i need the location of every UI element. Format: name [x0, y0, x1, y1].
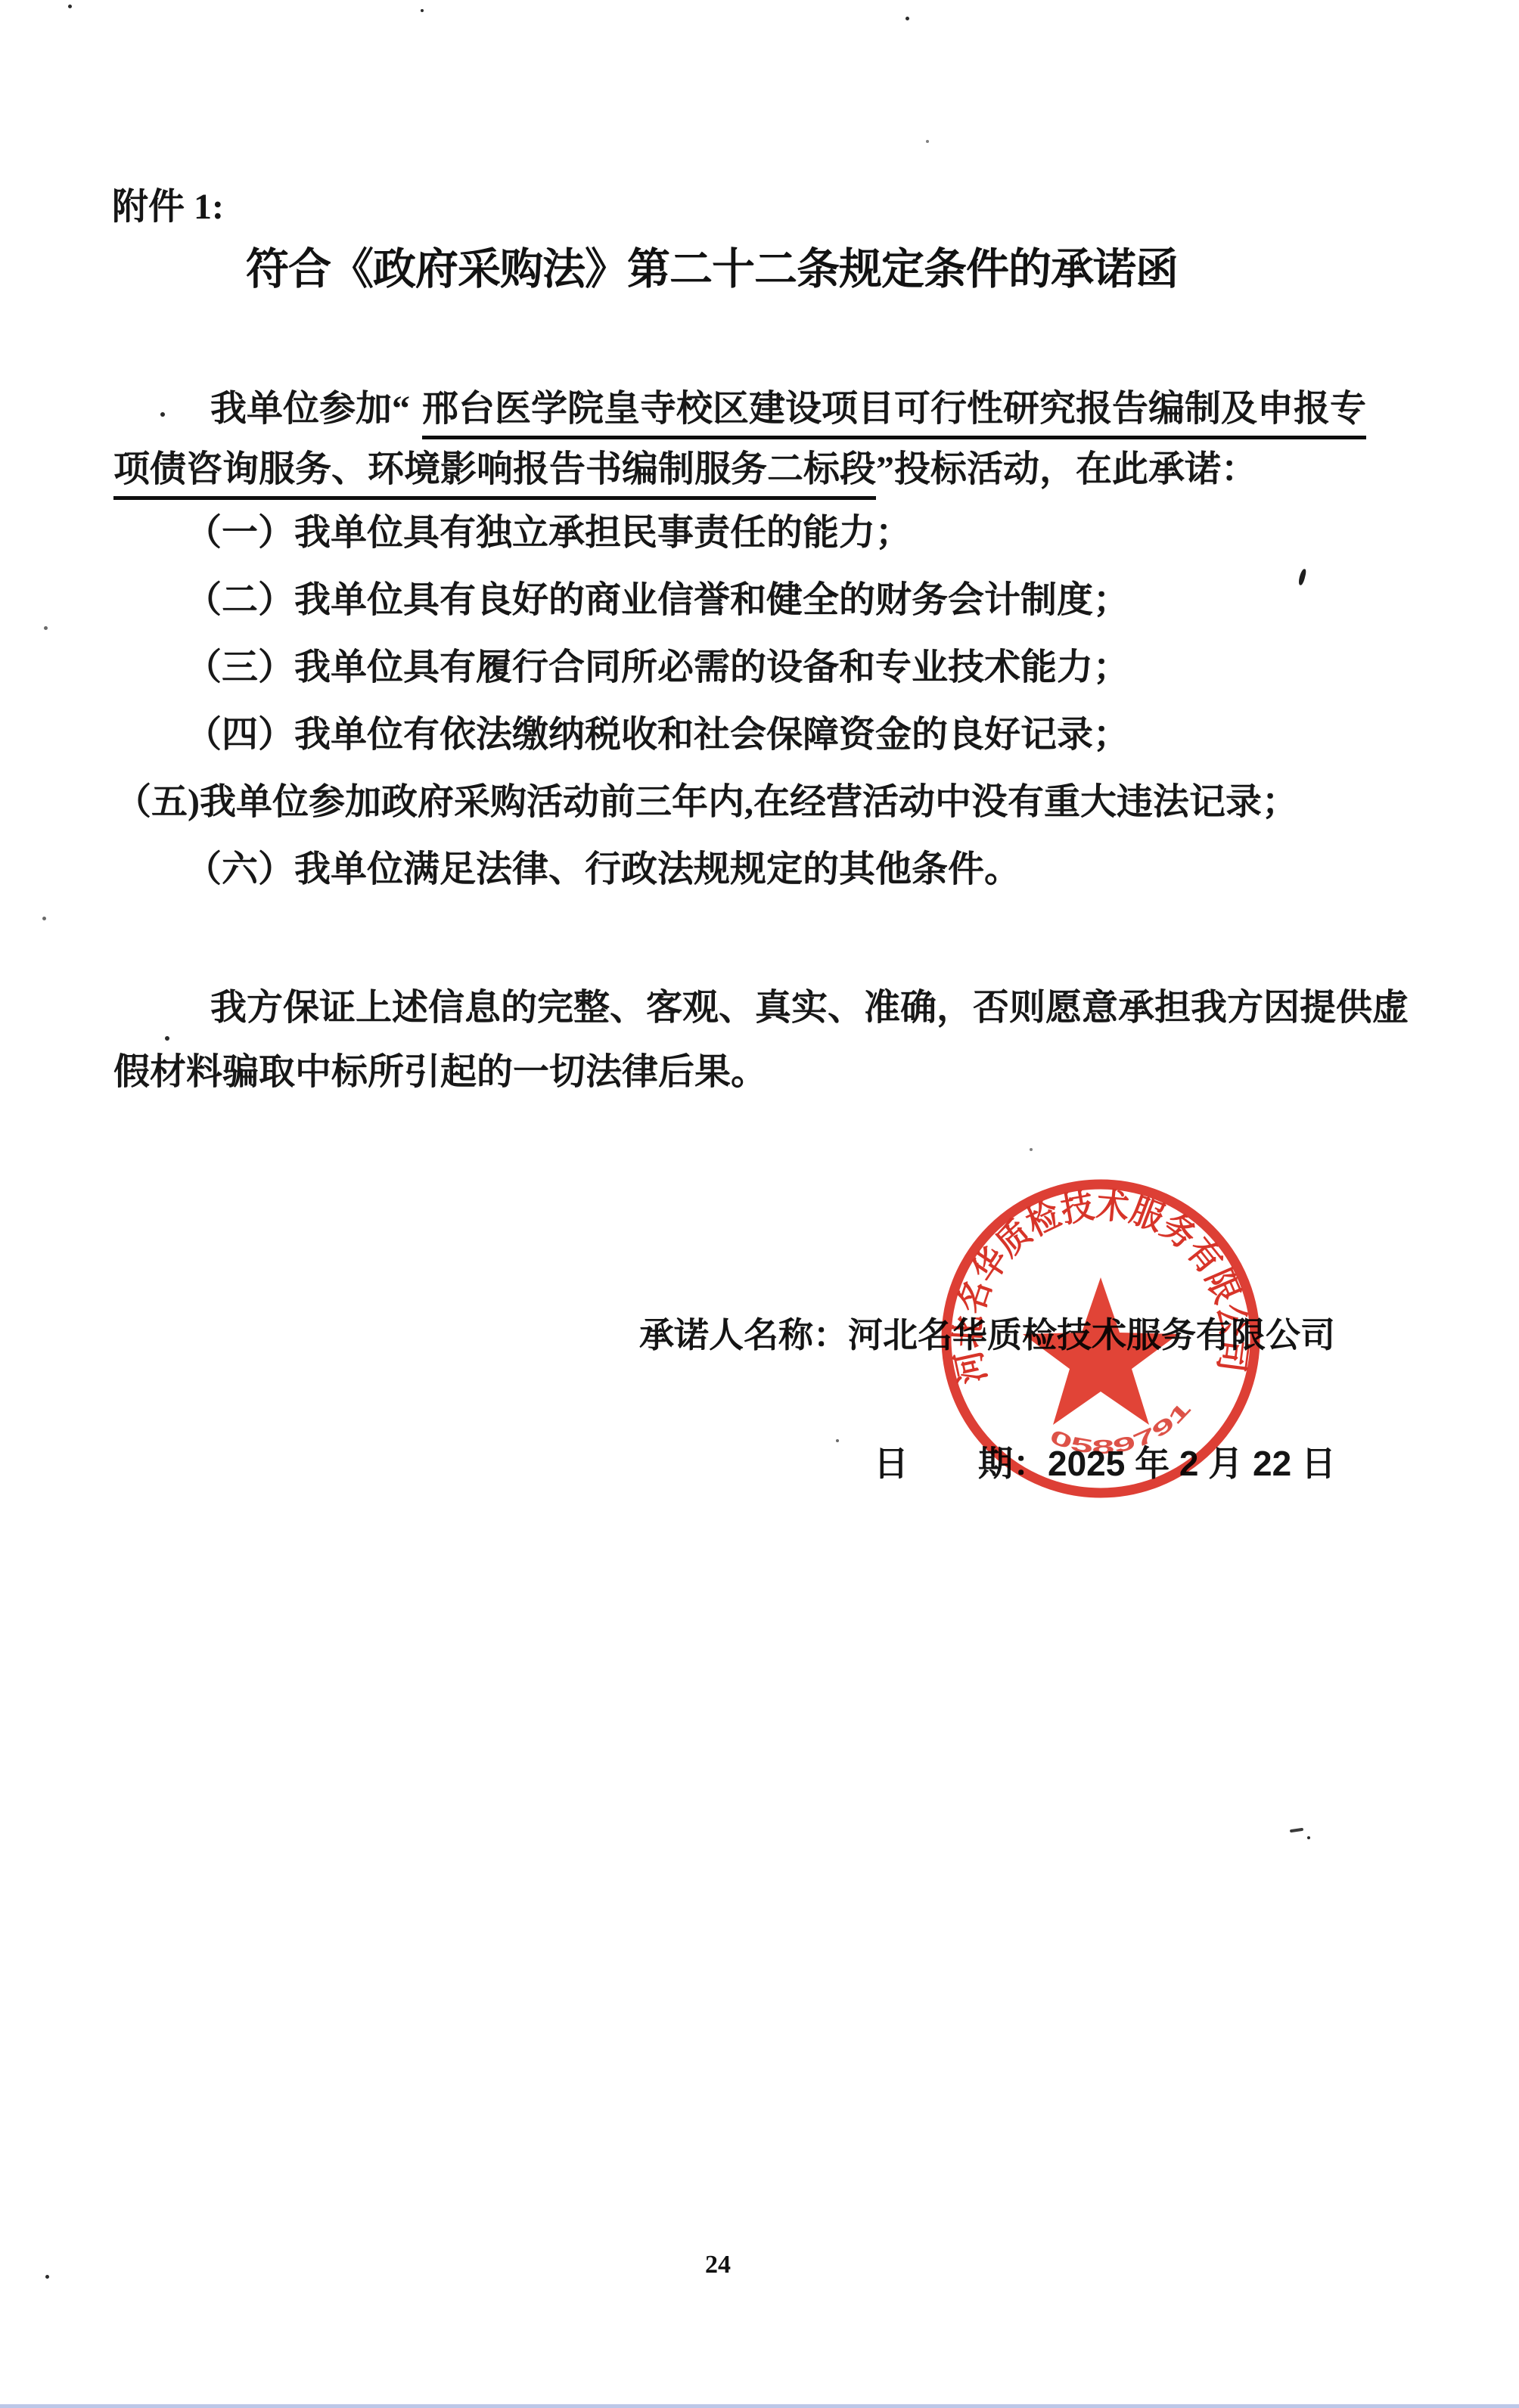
seal-star-icon: [1023, 1277, 1179, 1425]
project-name-underlined-part1: 邢台医学院皇寺校区建设项目可行性研究报告编制及申报专: [422, 389, 1366, 439]
scan-edge-artifact: [0, 2404, 1519, 2408]
noise-speck: [42, 917, 46, 920]
noise-speck: [1030, 1148, 1033, 1151]
project-name-underlined-part2: 项债咨询服务、环境影响报告书编制服务二标段: [113, 449, 876, 500]
noise-speck: [45, 2275, 49, 2279]
commitment-item-4: （四）我单位有依法缴纳税收和社会保障资金的良好记录；: [185, 717, 1129, 753]
noise-speck: [905, 17, 909, 20]
intro-line-2: 项债咨询服务、环境影响报告书编制服务二标段”投标活动，在此承诺：: [113, 451, 1257, 488]
intro-tail: ”投标活动，在此承诺：: [876, 449, 1257, 489]
commitment-item-3: （三）我单位具有履行合同所必需的设备和专业技术能力；: [185, 650, 1129, 686]
noise-speck: [836, 1439, 839, 1442]
noise-speck: [44, 626, 48, 630]
noise-speck: [421, 9, 424, 12]
noise-speck: [160, 412, 165, 417]
closing-line-2: 假材料骗取中标所引起的一切法律后果。: [113, 1054, 767, 1091]
attachment-label: 附件 1:: [112, 189, 224, 225]
page-number: 24: [705, 2252, 731, 2278]
commitment-item-1: （一）我单位具有独立承担民事责任的能力；: [185, 515, 912, 551]
commitment-item-2: （二）我单位具有良好的商业信誉和健全的财务会计制度；: [185, 582, 1129, 619]
promisor-name-label: 承诺人名称：: [639, 1315, 848, 1354]
company-seal-stamp: 河北名华质检技术服务有限公司 0589791: [923, 1161, 1278, 1516]
commitment-item-6: （六）我单位满足法律、行政法规规定的其他条件。: [185, 852, 1020, 888]
closing-line-1: 我方保证上述信息的完整、客观、真实、准确，否则愿意承担我方因提供虚: [210, 990, 1409, 1026]
commitment-item-5: （五)我单位参加政府采购活动前三年内,在经营活动中没有重大违法记录；: [115, 784, 1298, 821]
noise-dash-mark: [1290, 1828, 1303, 1832]
seal-graphic: 河北名华质检技术服务有限公司 0589791: [923, 1161, 1278, 1516]
noise-speck: [165, 1036, 169, 1041]
noise-speck: [926, 140, 929, 143]
scanned-document-page: { "doc": { "attachment_label": "附件 1:", …: [0, 0, 1519, 2408]
noise-tick-mark: [1297, 568, 1306, 585]
intro-lead: 我单位参加“: [210, 389, 410, 429]
noise-speck: [1307, 1836, 1310, 1839]
noise-speck: [68, 5, 72, 8]
intro-line-1: 我单位参加“邢台医学院皇寺校区建设项目可行性研究报告编制及申报专: [210, 391, 1366, 427]
document-title: 符合《政府采购法》第二十二条规定条件的承诺函: [0, 248, 1424, 291]
